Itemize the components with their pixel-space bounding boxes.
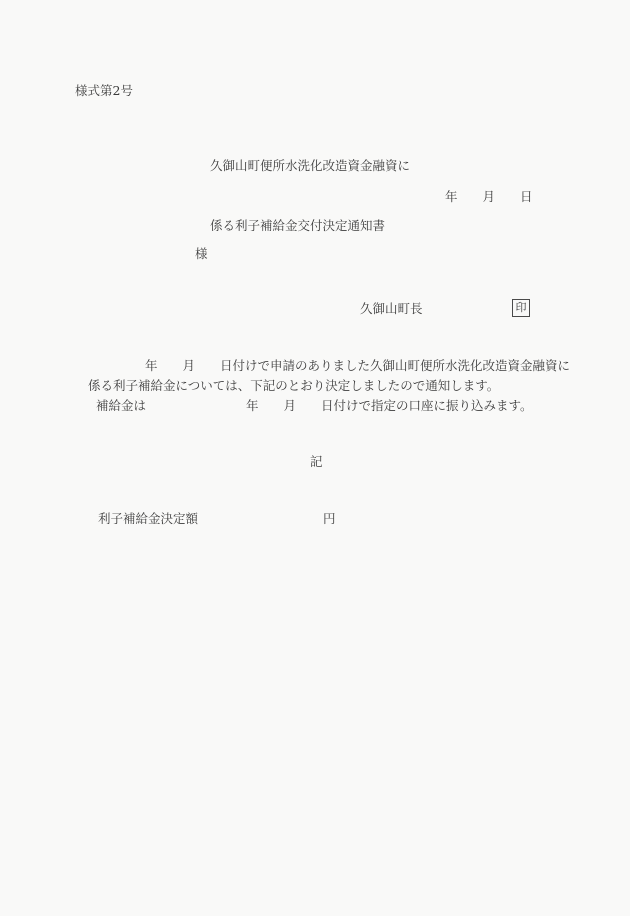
record-heading: 記 (310, 454, 323, 470)
seal-mark: 印 (512, 299, 530, 317)
document-page: 様式第2号 久御山町便所水洗化改造資金融資に 係る利子補給金交付決定通知書 年 … (0, 0, 630, 916)
body-line-3: 補給金は 年 月 日付けで指定の口座に振り込みます。 (96, 398, 533, 414)
document-title-line1: 久御山町便所水洗化改造資金融資に (210, 156, 410, 176)
sender-title: 久御山町長 (360, 301, 423, 317)
document-title-line2: 係る利子補給金交付決定通知書 (210, 216, 410, 236)
amount-unit: 円 (323, 511, 336, 527)
document-title: 久御山町便所水洗化改造資金融資に 係る利子補給金交付決定通知書 (210, 116, 410, 276)
body-line-1: 年 月 日付けで申請のありました久御山町便所水洗化改造資金融資に (145, 358, 570, 374)
addressee-honorific: 様 (195, 246, 208, 262)
date-line: 年 月 日 (445, 189, 533, 205)
body-line-2: 係る利子補給金については、下記のとおり決定しましたので通知します。 (88, 378, 499, 394)
form-number: 様式第2号 (75, 83, 133, 99)
amount-label: 利子補給金決定額 (98, 511, 198, 527)
